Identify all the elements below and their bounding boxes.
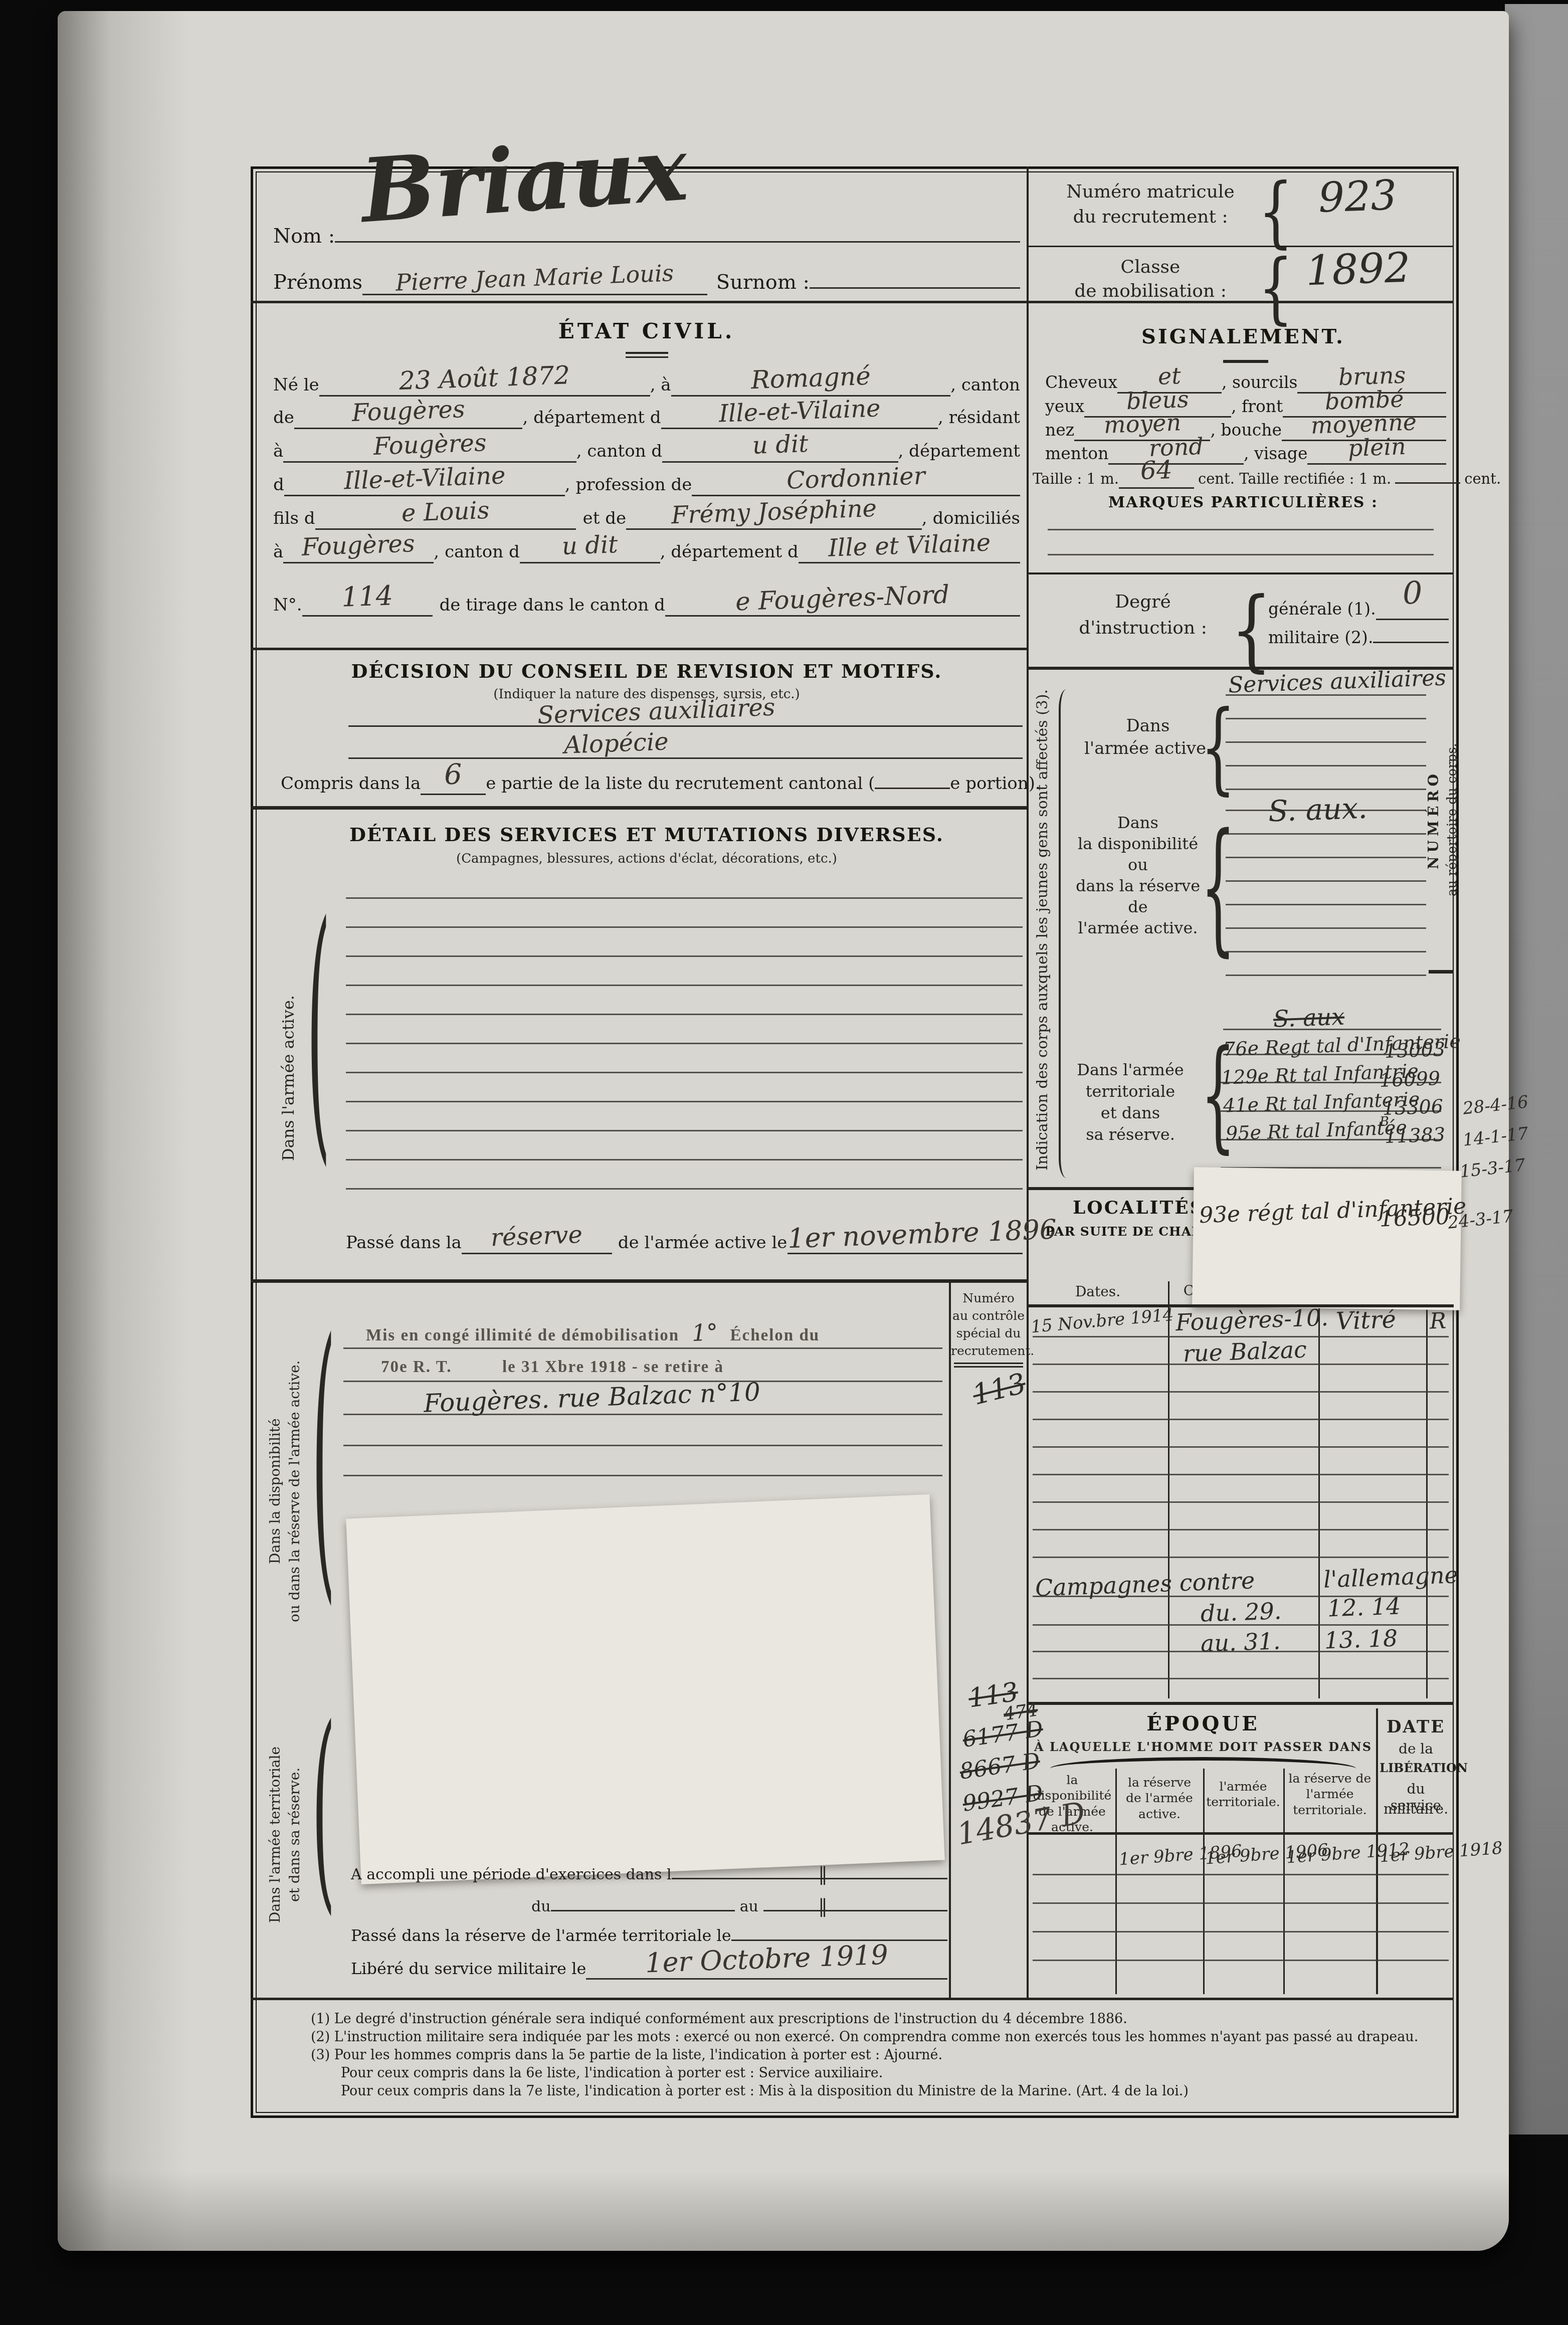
residence-canton-line: u dit: [662, 439, 898, 463]
accompli-row: A accompli une période d'exercices dans …: [351, 1866, 947, 1883]
etat-civil-underline2: [626, 356, 668, 358]
taille-label: Taille : 1 m.: [1033, 470, 1119, 487]
decision-value1: Services auxiliaires: [537, 698, 775, 725]
residence-canton-label: , canton d: [576, 441, 662, 461]
passe-label: Passé dans la: [346, 1233, 462, 1253]
et-de-label: et de: [576, 508, 626, 528]
tirage-canton-label: de tirage dans le canton d: [433, 595, 665, 615]
prenoms-line: Pierre Jean Marie Louis: [362, 271, 707, 295]
passe-terr-label: Passé dans la réserve de l'armée territo…: [351, 1926, 731, 1945]
ne-le-line: 23 Août 1872: [319, 372, 650, 397]
domicilies-label: , domiciliés: [922, 508, 1020, 528]
localites-bottom-rule: [1029, 1702, 1454, 1705]
epoque-title: ÉPOQUE: [1033, 1712, 1374, 1735]
numero-tirage-line: 114: [302, 591, 433, 617]
corps-dispo-l1: Dans: [1080, 813, 1196, 832]
localite-r-value: R: [1429, 1312, 1446, 1330]
epoque-col4-header: la réserve de l'armée territoriale.: [1286, 1771, 1374, 1818]
controle-header-2: au contrôle: [951, 1308, 1026, 1323]
localites-row-line: [1033, 1336, 1449, 1337]
terr-num-1: 13003: [1385, 1042, 1446, 1059]
services-subtitle: (Campagnes, blessures, actions d'éclat, …: [271, 851, 1023, 866]
du-label: du: [531, 1898, 551, 1915]
libere-line: 1er Octobre 1919: [586, 1954, 947, 1980]
birth-place-line: Romagné: [671, 372, 951, 397]
dom-departement-value: Ille et Vilaine: [828, 533, 991, 558]
compris-label: Compris dans la: [281, 773, 421, 794]
dom-a-label: à: [273, 542, 283, 562]
demob-stamp-line2: 70e R. T. le 31 Xbre 1918 - se retire à: [381, 1357, 724, 1377]
tirage-row: N°. 114 de tirage dans le canton d e Fou…: [273, 591, 1020, 617]
decision-line1-row: Services auxiliaires: [348, 706, 1023, 727]
corps-line: [1226, 718, 1426, 719]
terr-side-text1: Dans l'armée territoriale: [267, 1694, 283, 1975]
dispo-side-text1: Dans la disponibilité: [267, 1298, 283, 1684]
marques-title: MARQUES PARTICULIÈRES :: [1033, 494, 1454, 511]
compris-line: 6: [421, 769, 486, 795]
corps-dispo-brace: {: [1201, 815, 1236, 958]
margin-date-1: 28-4-16: [1462, 1095, 1529, 1116]
signalement-title: SIGNALEMENT.: [1033, 325, 1454, 348]
dispo-side-label: Dans la disponibilité ou dans la réserve…: [265, 1298, 305, 1684]
classe-label-line2: de mobilisation :: [1045, 281, 1256, 301]
footnote-3: (3) Pour les hommes compris dans la 5e p…: [311, 2047, 942, 2063]
scanned-military-register-sheet: Briaux Nom : Prénoms Pierre Jean Marie L…: [0, 0, 1568, 2325]
dom-canton-label: , canton d: [434, 542, 519, 562]
ec-row-6: à Fougères , canton d u dit , départemen…: [273, 540, 1020, 563]
dispo-brace: (: [312, 1308, 335, 1609]
armee-active-side-label: Dans l'armée active.: [277, 967, 300, 1188]
signalement-dash: [1223, 360, 1268, 363]
accompli-line: [672, 1878, 947, 1879]
nom-line: [335, 241, 1020, 243]
margin-date-4: 24-3-17: [1447, 1210, 1514, 1230]
residence-value: Fougères: [373, 433, 487, 456]
canton-line: Fougères: [294, 406, 523, 429]
service-line: [346, 897, 1023, 899]
degre-label-2: d'instruction :: [1063, 618, 1223, 638]
corps-dispo-l6: l'armée active.: [1065, 918, 1211, 937]
numero-repertoire-text1: NUMÉRO: [1425, 679, 1442, 960]
service-line: [346, 926, 1023, 928]
accompli-tick: ‖: [818, 1863, 828, 1885]
matricule-label-line2: du recrutement :: [1045, 207, 1256, 227]
epoque-row-line: [1033, 1931, 1449, 1932]
libere-label: Libéré du service militaire le: [351, 1959, 586, 1978]
corps-dispo-l4: dans la réserve: [1065, 876, 1211, 895]
classe-label-line1: Classe: [1045, 257, 1256, 277]
service-line: [346, 955, 1023, 957]
taille-line: 64: [1119, 465, 1194, 489]
passe-line: réserve: [462, 1231, 612, 1254]
epoque-date-l1: DATE: [1380, 1717, 1452, 1737]
terr-value-0: S. aux: [1273, 1008, 1344, 1029]
passe-date-value: 1er novembre 1896: [787, 1219, 1057, 1250]
dom-commune-line: Fougères: [283, 540, 434, 563]
service-line: [346, 1072, 1023, 1073]
nom-row: Nom :: [273, 225, 1020, 248]
compris-label3: e portion).: [950, 773, 1040, 794]
demob-stamp-line1: Mis en congé illimité de démobilisation …: [366, 1323, 820, 1345]
corps-line: [1226, 857, 1426, 858]
numero-tirage-value: 114: [341, 585, 394, 608]
ec-row-4: d Ille-et-Vilaine , profession de Cordon…: [273, 473, 1020, 496]
au-label: au: [735, 1898, 763, 1915]
degre-brace: {: [1231, 586, 1272, 674]
corps-side-text: Indication des corps auxquels les jeunes…: [1034, 677, 1051, 1183]
dept-d-label: d: [273, 475, 284, 495]
passe-label2: de l'armée active le: [612, 1233, 788, 1253]
du-au-row: du au: [531, 1898, 947, 1915]
ec-row-2: de Fougères , département d Ille-et-Vila…: [273, 406, 1020, 429]
localites-vline-1: [1168, 1281, 1169, 1698]
decision-title: DÉCISION DU CONSEIL DE REVISION ET MOTIF…: [271, 660, 1023, 682]
tirage-canton-line: e Fougères-Nord: [665, 592, 1020, 617]
controle-header-rule2: [954, 1366, 1023, 1368]
visage-line: plein: [1307, 442, 1446, 465]
prenoms-label: Prénoms: [273, 271, 362, 294]
degre-label-1: Degré: [1078, 592, 1208, 612]
localites-row-line: [1033, 1678, 1449, 1679]
decision-line2-row: Alopécie: [348, 738, 1023, 759]
militaire-label: militaire (2).: [1268, 628, 1373, 647]
compris-value: 6: [444, 763, 463, 787]
decision-line2: Alopécie: [348, 738, 1023, 759]
taille-value: 64: [1140, 460, 1172, 481]
demob-line: [343, 1445, 942, 1446]
yeux-value: bleus: [1126, 390, 1190, 411]
nom-handwritten-large: Briaux: [359, 134, 690, 227]
sig-row-5: Taille : 1 m. 64 cent. Taille rectifiée …: [1033, 465, 1449, 489]
corps-line: [1226, 789, 1426, 790]
menton-value: rond: [1148, 437, 1204, 458]
corps-side-label: Indication des corps auxquels les jeunes…: [1031, 677, 1054, 1183]
footnote-5: Pour ceux compris dans la 7e liste, l'in…: [341, 2083, 1189, 2099]
mother-line: Frémy Joséphine: [626, 506, 922, 530]
service-line: [346, 1159, 1023, 1160]
campagnes-text-3: au. 31.: [1200, 1632, 1281, 1653]
demob-echelon-value: 1°: [684, 1323, 725, 1343]
compris-portion-line: [875, 788, 950, 789]
epoque-date-l5: militaire.: [1380, 1801, 1452, 1817]
demob-stamp-text1c: Échelon du: [730, 1326, 820, 1344]
generale-label: générale (1).: [1268, 599, 1376, 619]
epoque-date-l3: LIBÉRATION: [1380, 1761, 1452, 1775]
footnotes-top-rule: [251, 1998, 1454, 2000]
corps-line: [1226, 927, 1426, 929]
father-line: e Louis: [315, 506, 576, 530]
tirage-canton-value: e Fougères-Nord: [735, 585, 950, 612]
demob-stamp-text1: Mis en congé illimité de démobilisation: [366, 1326, 679, 1344]
service-line: [346, 985, 1023, 986]
dom-departement-label: , département d: [660, 542, 799, 562]
numero-tirage-label: N°.: [273, 595, 302, 615]
father-value: e Louis: [401, 501, 490, 523]
sourcils-value: bruns: [1338, 366, 1406, 386]
libere-row: Libéré du service militaire le 1er Octob…: [351, 1954, 947, 1980]
dispo-side-text2: ou dans la réserve de l'armée active.: [286, 1298, 303, 1684]
bouche-value: moyenne: [1311, 413, 1417, 435]
corps-line: [1226, 741, 1426, 743]
localites-row-line: [1033, 1446, 1449, 1448]
service-line: [346, 1101, 1023, 1102]
epoque-header-rule: [1029, 1832, 1454, 1835]
localite-region-value: Vitré: [1335, 1310, 1396, 1331]
ec-row-1: Né le 23 Août 1872 , à Romagné , canton: [273, 372, 1020, 397]
prenoms-value: Pierre Jean Marie Louis: [396, 264, 674, 292]
passe-reserve-row: Passé dans la réserve de l'armée active …: [346, 1228, 1023, 1254]
marques-line: [1048, 529, 1434, 530]
service-line: [346, 1014, 1023, 1015]
nez-label: nez: [1045, 420, 1074, 440]
localites-row-line: [1033, 1501, 1449, 1503]
classe-brace: {: [1258, 249, 1293, 326]
residence-line: Fougères: [283, 439, 576, 463]
surnom-label: Surnom :: [707, 271, 810, 294]
armee-active-brace: (: [307, 893, 330, 1170]
corps-terr-l1: Dans l'armée: [1060, 1060, 1201, 1079]
services-title: DÉTAIL DES SERVICES ET MUTATIONS DIVERSE…: [271, 823, 1023, 846]
localites-row-line: [1033, 1557, 1449, 1558]
signalement-bottom-rule: [1029, 572, 1454, 574]
cheveux-label: Cheveux: [1045, 372, 1117, 392]
terr-brace: (: [312, 1702, 335, 1918]
corps-terr-l3: et dans: [1060, 1103, 1201, 1122]
etat-civil-underline: [626, 352, 668, 354]
militaire-line: [1373, 642, 1449, 643]
page-bottom-shadow: [58, 2171, 1509, 2251]
corps-dispo-value: S. aux.: [1268, 797, 1367, 823]
book-gutter-shadow: [58, 11, 188, 2251]
dom-commune-value: Fougères: [302, 534, 416, 557]
epoque-row-line: [1033, 1902, 1449, 1904]
controle-header-3: spécial du: [951, 1326, 1026, 1340]
matricule-label-line1: Numéro matricule: [1045, 181, 1256, 202]
a-label: , à: [650, 375, 671, 395]
epoque-date-l2: de la: [1380, 1740, 1452, 1757]
front-label: , front: [1231, 397, 1283, 416]
prenoms-row: Prénoms Pierre Jean Marie Louis Surnom :: [273, 271, 1020, 295]
dept-line: Ille-et-Vilaine: [284, 473, 565, 496]
decision-line1: Services auxiliaires: [348, 706, 1023, 727]
service-line: [346, 1043, 1023, 1044]
de-label: de: [273, 408, 294, 428]
localites-col-dates: Dates.: [1033, 1283, 1163, 1300]
controle-column-divider: [949, 1283, 951, 1999]
surnom-line: [810, 287, 1020, 289]
etat-civil-bottom-rule: [251, 648, 1028, 650]
footnote-4: Pour ceux compris dans la 6e liste, l'in…: [341, 2065, 883, 2081]
localites-row-line: [1033, 1391, 1449, 1393]
visage-label: , visage: [1244, 444, 1307, 463]
decision-bottom-rule: [251, 806, 1028, 810]
corps-line: [1226, 765, 1426, 766]
du-au-tick: ‖: [818, 1895, 828, 1917]
classe-value: 1892: [1305, 251, 1411, 288]
birth-place-value: Romagné: [750, 366, 871, 390]
degre-generale-row: générale (1). 0: [1268, 592, 1449, 620]
menton-label: menton: [1045, 444, 1108, 463]
degre-militaire-row: militaire (2).: [1268, 628, 1449, 647]
corps-line: [1226, 904, 1426, 905]
corps-line: [1226, 880, 1426, 882]
epoque-subtitle: À LAQUELLE L'HOMME DOIT PASSER DANS: [1033, 1739, 1374, 1754]
pasted-slip-left: [346, 1494, 945, 1884]
localites-row-line: [1033, 1419, 1449, 1420]
demob-line: [343, 1475, 942, 1476]
compris-row: Compris dans la 6 e partie de la liste d…: [281, 769, 1023, 795]
residence-canton-value: u dit: [752, 434, 809, 455]
terr-num-3: 13306: [1383, 1099, 1444, 1116]
du-line: [551, 1910, 735, 1911]
sig-row-4: menton rond , visage plein: [1045, 442, 1446, 465]
epoque-row-line: [1033, 1874, 1449, 1875]
corps-line: [1226, 975, 1426, 976]
generale-line: 0: [1376, 592, 1449, 620]
terr-side-text2: et dans sa réserve.: [286, 1694, 303, 1975]
canton-label: , canton: [950, 375, 1020, 395]
services-bottom-rule: [251, 1279, 1028, 1283]
footnote-1: (1) Le degré d'instruction générale sera…: [311, 2011, 1127, 2027]
matricule-value: 923: [1318, 179, 1398, 215]
numero-repertoire-rule: [1429, 970, 1454, 974]
residence-a-label: à: [273, 441, 283, 461]
campagnes-text-1b: l'allemagne: [1323, 1566, 1458, 1589]
terr-num-4: 11383: [1385, 1127, 1446, 1144]
corps-terr-l4: sa réserve.: [1060, 1125, 1201, 1144]
demob-date-text: le 31 Xbre 1918 - se retire à: [502, 1358, 724, 1376]
accompli-label: A accompli une période d'exercices dans …: [351, 1866, 672, 1883]
front-value: bombé: [1325, 390, 1405, 411]
ne-le-label: Né le: [273, 375, 319, 395]
ec-row-5: fils d e Louis et de Frémy Joséphine , d…: [273, 506, 1020, 530]
canton-value: Fougères: [351, 400, 465, 423]
service-line: [346, 1188, 1023, 1190]
corps-active-value: Services auxiliaires: [1228, 669, 1447, 694]
localite-commune-value1: Fougères-10.: [1175, 1308, 1328, 1332]
matricule-brace: {: [1258, 173, 1293, 250]
profession-label: , profession de: [565, 475, 692, 495]
decision-value2: Alopécie: [564, 732, 669, 755]
mother-value: Frémy Joséphine: [671, 499, 877, 525]
epoque-col3-header: l'armée territoriale.: [1206, 1779, 1280, 1810]
nom-label: Nom :: [273, 225, 335, 248]
profession-value: Cordonnier: [787, 466, 926, 490]
margin-date-2: 14-1-17: [1462, 1127, 1529, 1147]
pasted-slip-right: [1192, 1167, 1462, 1310]
cheveux-value: et: [1158, 366, 1182, 385]
localite-commune-value2: rue Balzac: [1183, 1340, 1307, 1363]
corps-dispo-l2: la disponibilité: [1065, 834, 1211, 853]
taille-rect-line: [1395, 482, 1460, 484]
yeux-label: yeux: [1045, 397, 1084, 416]
campagnes-text-3b: 13. 18: [1324, 1629, 1398, 1650]
passe-date-line: 1er novembre 1896: [788, 1228, 1023, 1254]
book-page-edge: [1505, 4, 1568, 2135]
corps-line: [1226, 833, 1426, 835]
epoque-col2-header: la réserve de l'armée active.: [1119, 1775, 1200, 1822]
corps-active-brace: {: [1201, 698, 1236, 797]
departement-line: Ille-et-Vilaine: [661, 406, 938, 429]
etat-civil-title: ÉTAT CIVIL.: [271, 319, 1023, 343]
campagnes-text-2: du. 29.: [1200, 1602, 1282, 1623]
fils-de-label: fils d: [273, 508, 315, 528]
bouche-label: , bouche: [1210, 420, 1282, 440]
sourcils-label: , sourcils: [1222, 372, 1297, 392]
marques-line: [1048, 554, 1434, 555]
footnote-2: (2) L'instruction militaire sera indiqué…: [311, 2029, 1418, 2045]
corps-line: [1226, 951, 1426, 952]
service-line: [346, 1130, 1023, 1131]
generale-value: 0: [1402, 580, 1423, 606]
departement-value: Ille-et-Vilaine: [718, 399, 881, 424]
residence-departement-label: , département: [898, 441, 1021, 461]
departement-label: , département d: [522, 408, 661, 428]
campagnes-text-1: Campagnes contre: [1035, 1571, 1255, 1597]
terr-side-label: Dans l'armée territoriale et dans sa rés…: [265, 1694, 305, 1975]
epoque-row-line: [1033, 1960, 1449, 1961]
demob-line: [343, 1347, 942, 1349]
corps-terr-l2: territoriale: [1060, 1082, 1201, 1101]
terr-num-5: 16500: [1379, 1208, 1450, 1228]
campagnes-text-2b: 12. 14: [1327, 1597, 1401, 1618]
taille-rect-label: cent. Taille rectifiée : 1 m.: [1194, 470, 1395, 487]
localites-header-rule: [1029, 1304, 1454, 1307]
menton-line: rond: [1108, 442, 1244, 465]
localites-row-line: [1033, 1529, 1449, 1530]
numero-repertoire-label: NUMÉRO au répertoire du corps.: [1427, 679, 1458, 960]
au-line: [763, 1910, 947, 1911]
nez-value: moyen: [1103, 413, 1181, 434]
controle-header-rule: [954, 1363, 1023, 1364]
demob-regiment: 70e R. T.: [381, 1358, 497, 1376]
visage-value: plein: [1347, 437, 1406, 458]
compris-label2: e partie de la liste du recrutement cant…: [486, 773, 875, 794]
dom-canton-value: u dit: [561, 535, 618, 556]
libere-value: 1er Octobre 1919: [645, 1944, 889, 1974]
armee-active-side-text: Dans l'armée active.: [279, 967, 298, 1188]
dom-departement-line: Ille et Vilaine: [799, 540, 1020, 563]
profession-line: Cordonnier: [692, 473, 1020, 496]
controle-header-1: Numéro: [951, 1291, 1026, 1305]
corps-dispo-l3: ou: [1080, 855, 1196, 874]
dept-value: Ille-et-Vilaine: [343, 466, 506, 491]
passe-value: réserve: [491, 1225, 583, 1248]
terr-num-2: 16099: [1380, 1071, 1441, 1088]
corps-active-label1: Dans: [1098, 716, 1198, 736]
ec-row-3: à Fougères , canton d u dit , départemen…: [273, 439, 1020, 463]
residant-label: , résidant: [938, 408, 1020, 428]
localites-row-line: [1033, 1474, 1449, 1475]
taille-cent-label: cent.: [1460, 470, 1501, 487]
birth-date-value: 23 Août 1872: [399, 365, 570, 391]
margin-date-3: 15-3-17: [1459, 1158, 1526, 1179]
corps-dispo-l5: de: [1080, 897, 1196, 916]
controle-header-4: recrutement.: [951, 1343, 1026, 1358]
dom-canton-line: u dit: [520, 540, 660, 563]
numero-repertoire-text2: au répertoire du corps.: [1445, 679, 1460, 960]
localites-vline-2: [1318, 1281, 1320, 1698]
localites-vline-3: [1426, 1281, 1428, 1698]
